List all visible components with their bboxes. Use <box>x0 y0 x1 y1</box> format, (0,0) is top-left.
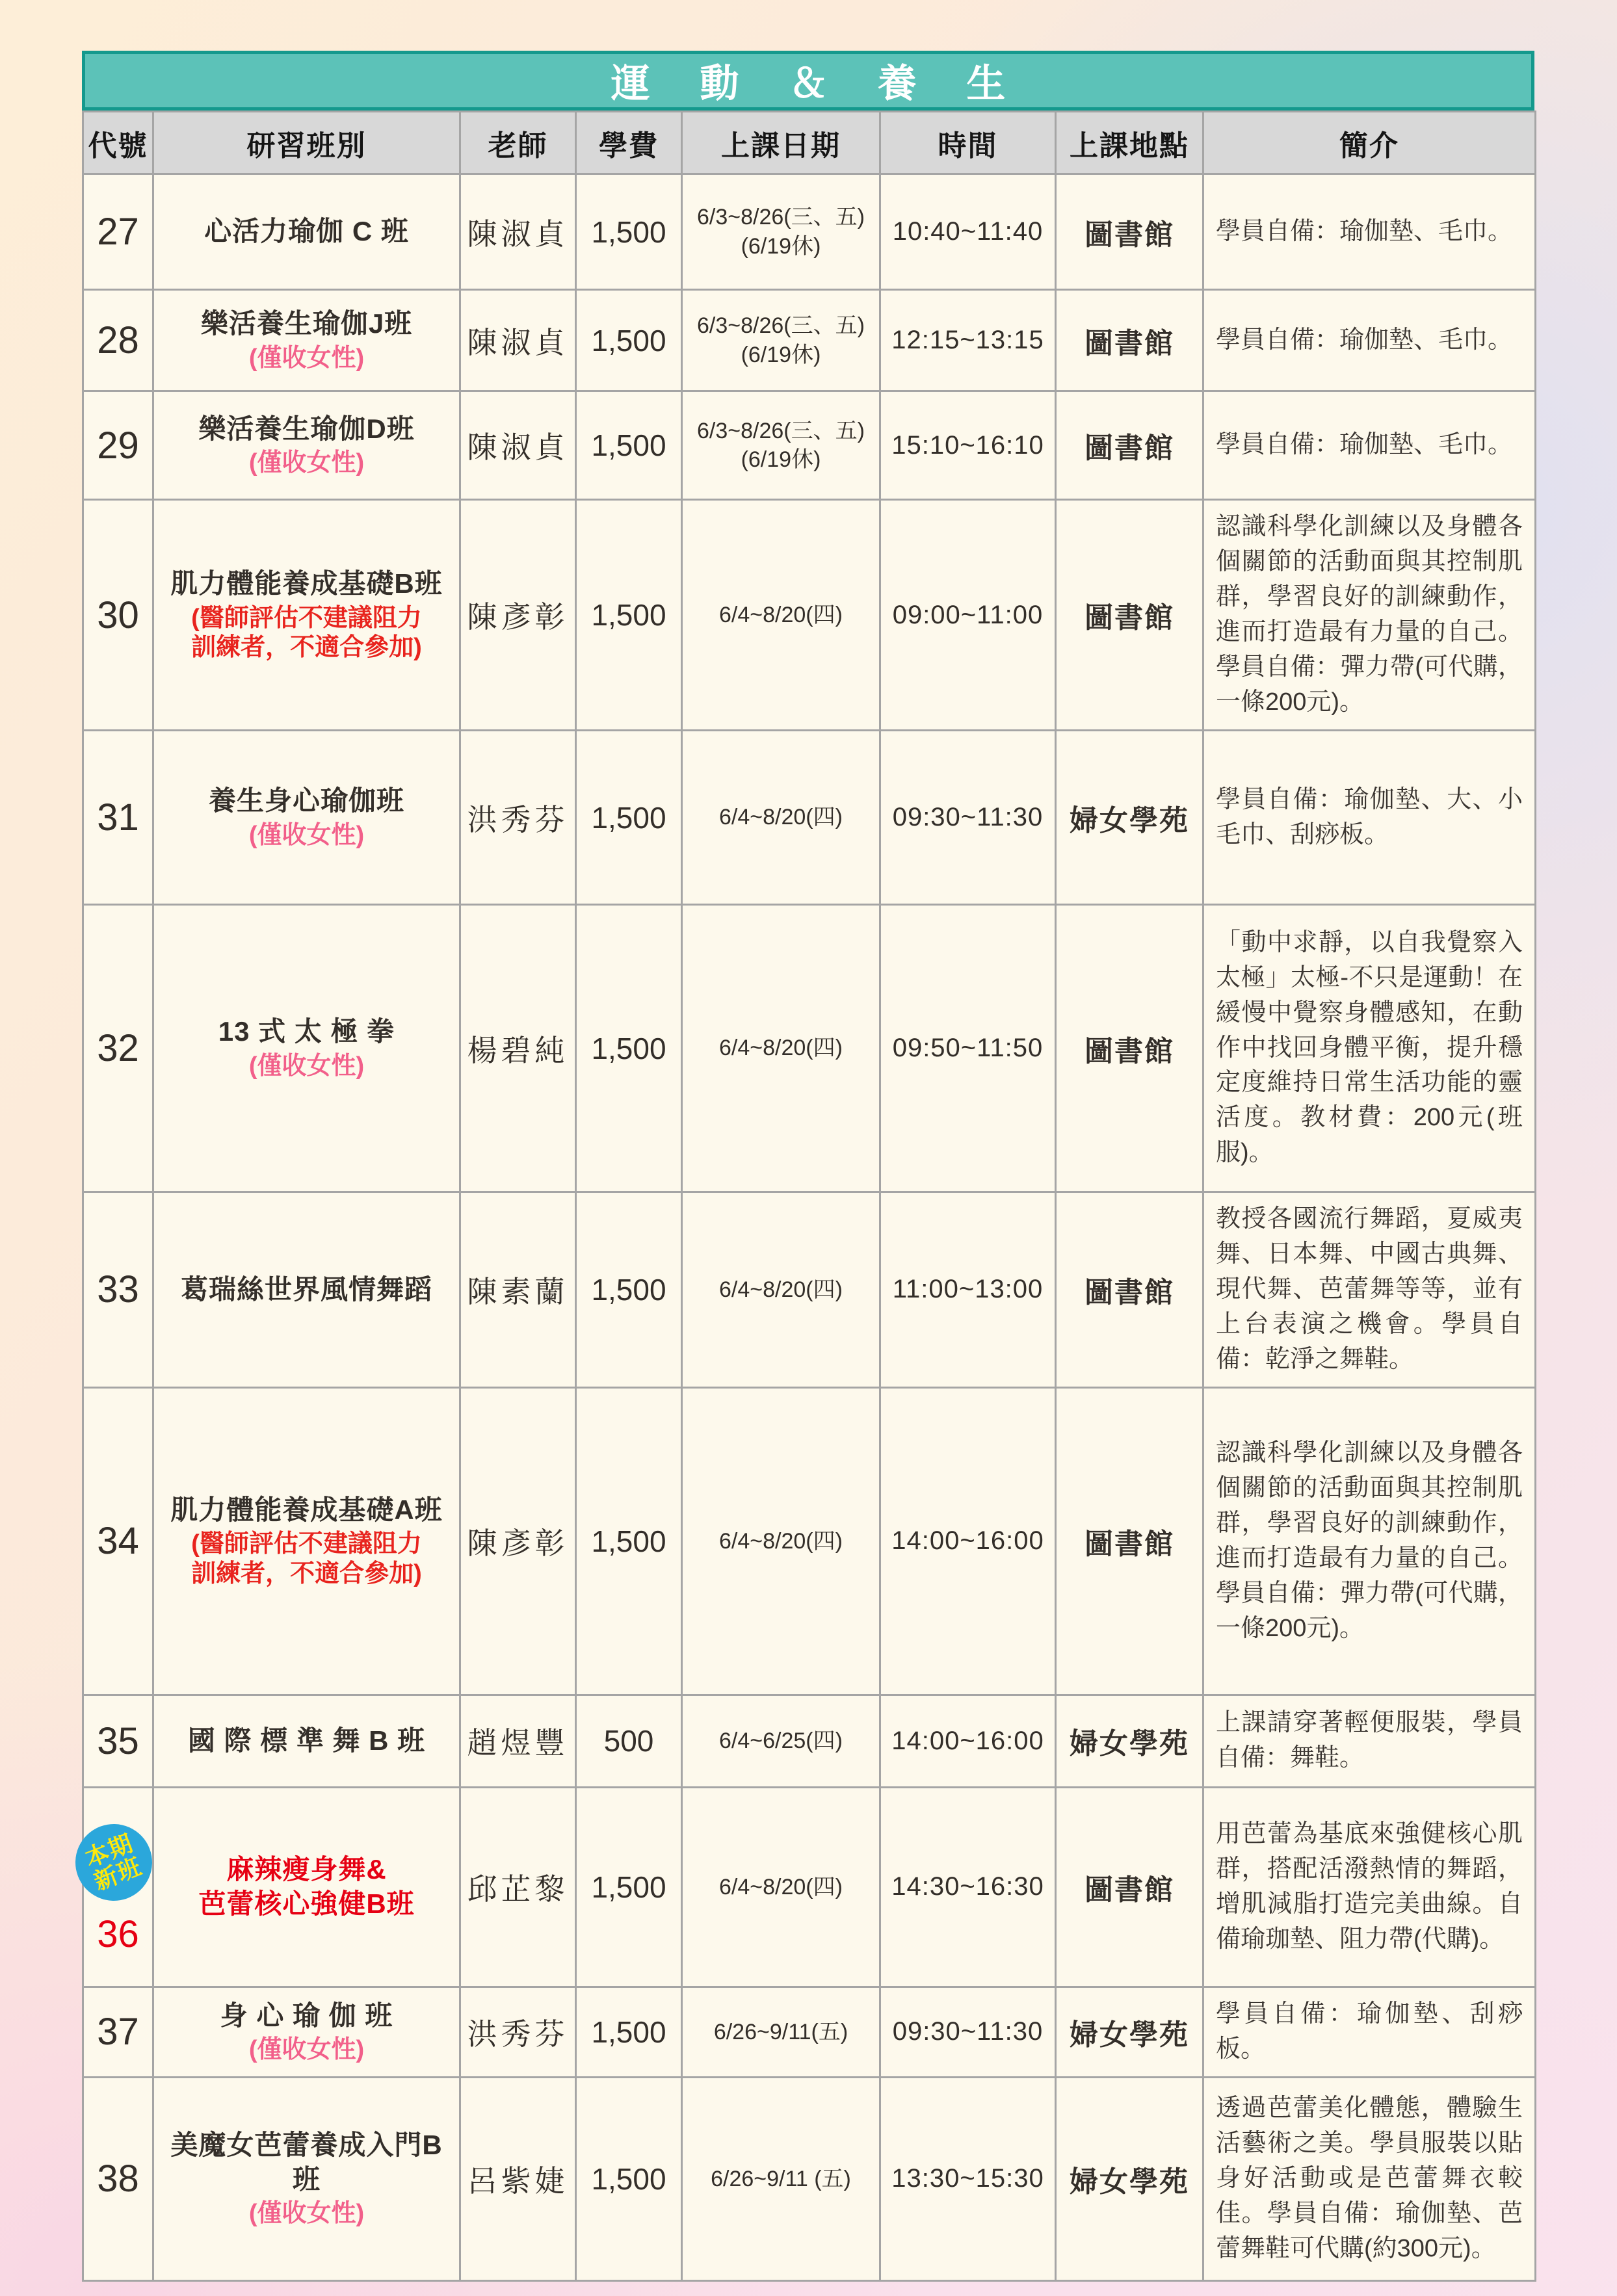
course-name-cell: 樂活養生瑜伽D班 (僅收女性) <box>153 391 460 500</box>
course-time: 14:00~16:00 <box>880 1695 1056 1787</box>
course-code: 38 <box>83 2077 153 2280</box>
course-name: 養生身心瑜伽班 <box>158 784 455 818</box>
course-time: 09:30~11:30 <box>880 731 1056 905</box>
course-intro: 認識科學化訓練以及身體各個關節的活動面與其控制肌群，學習良好的訓練動作，進而打造… <box>1203 1387 1536 1695</box>
header-location: 上課地點 <box>1056 112 1203 174</box>
course-name: 13 式 太 極 拳 <box>158 1015 455 1049</box>
course-fee: 1,500 <box>576 2077 682 2280</box>
course-fee: 1,500 <box>576 174 682 290</box>
course-location: 婦女學苑 <box>1056 731 1203 905</box>
course-name-cell: 肌力體能養成基礎B班 (醫師評估不建議阻力 訓練者，不適合參加) <box>153 500 460 731</box>
table-row: 30 肌力體能養成基礎B班 (醫師評估不建議阻力 訓練者，不適合參加) 陳彥彰 … <box>83 500 1536 731</box>
course-fee: 1,500 <box>576 1787 682 1987</box>
course-date: 6/26~9/11 (五) <box>682 2077 880 2280</box>
course-code: 27 <box>83 174 153 290</box>
course-warning: (醫師評估不建議阻力 訓練者，不適合參加) <box>158 1530 455 1589</box>
course-location: 圖書館 <box>1056 290 1203 391</box>
course-date: 6/26~9/11(五) <box>682 1987 880 2077</box>
course-intro: 認識科學化訓練以及身體各個關節的活動面與其控制肌群，學習良好的訓練動作，進而打造… <box>1203 500 1536 731</box>
course-location: 圖書館 <box>1056 1387 1203 1695</box>
course-date: 6/4~8/20(四) <box>682 905 880 1192</box>
header-fee: 學費 <box>576 112 682 174</box>
table-row: 本期 新班 36 麻辣瘦身舞& 芭蕾核心強健B班 邱芷黎 1,500 6/4~8… <box>83 1787 1536 1987</box>
course-name: 肌力體能養成基礎B班 <box>158 567 455 601</box>
course-date: 6/3~8/26(三、五) (6/19休) <box>682 174 880 290</box>
course-name-cell: 國 際 標 準 舞 B 班 <box>153 1695 460 1787</box>
table-row: 29 樂活養生瑜伽D班 (僅收女性) 陳淑貞 1,500 6/3~8/26(三、… <box>83 391 1536 500</box>
course-code: 28 <box>83 290 153 391</box>
section-title-band: 運 動 ＆ 養 生 <box>82 51 1534 111</box>
course-intro: 透過芭蕾美化體態，體驗生活藝術之美。學員服裝以貼身好活動或是芭蕾舞衣較佳。學員自… <box>1203 2077 1536 2280</box>
course-name-cell: 樂活養生瑜伽J班 (僅收女性) <box>153 290 460 391</box>
course-intro: 上課請穿著輕便服裝，學員自備：舞鞋。 <box>1203 1695 1536 1787</box>
course-location: 圖書館 <box>1056 905 1203 1192</box>
course-fee: 1,500 <box>576 391 682 500</box>
table-row: 38 美魔女芭蕾養成入門B班 (僅收女性) 呂紫婕 1,500 6/26~9/1… <box>83 2077 1536 2280</box>
course-name: 美魔女芭蕾養成入門B班 <box>158 2128 455 2197</box>
course-fee: 1,500 <box>576 731 682 905</box>
course-code: 29 <box>83 391 153 500</box>
course-time: 12:15~13:15 <box>880 290 1056 391</box>
course-note: (僅收女性) <box>158 2199 455 2229</box>
header-name: 研習班別 <box>153 112 460 174</box>
course-code: 37 <box>83 1987 153 2077</box>
table-row: 27 心活力瑜伽 C 班 陳淑貞 1,500 6/3~8/26(三、五) (6/… <box>83 174 1536 290</box>
course-name-cell: 身 心 瑜 伽 班 (僅收女性) <box>153 1987 460 2077</box>
course-table-sheet: 運 動 ＆ 養 生 代號 研習班別 老師 學費 上課日期 時間 上課地點 簡介 <box>82 51 1534 2282</box>
course-fee: 1,500 <box>576 1387 682 1695</box>
course-teacher: 陳淑貞 <box>460 290 576 391</box>
header-intro: 簡介 <box>1203 112 1536 174</box>
course-date: 6/4~8/20(四) <box>682 500 880 731</box>
course-name: 樂活養生瑜伽J班 <box>158 307 455 341</box>
course-intro: 教授各國流行舞蹈，夏威夷舞、日本舞、中國古典舞、現代舞、芭蕾舞等等，並有上台表演… <box>1203 1192 1536 1388</box>
course-time: 11:00~13:00 <box>880 1192 1056 1388</box>
table-row: 28 樂活養生瑜伽J班 (僅收女性) 陳淑貞 1,500 6/3~8/26(三、… <box>83 290 1536 391</box>
course-code: 36 <box>97 1912 139 1956</box>
course-code: 30 <box>83 500 153 731</box>
course-date: 6/3~8/26(三、五) (6/19休) <box>682 391 880 500</box>
course-intro: 學員自備：瑜伽墊、刮痧板。 <box>1203 1987 1536 2077</box>
course-code: 34 <box>83 1387 153 1695</box>
course-note: (僅收女性) <box>158 344 455 374</box>
course-intro: 「動中求靜，以自我覺察入太極」太極-不只是運動！在緩慢中覺察身體感知，在動作中找… <box>1203 905 1536 1192</box>
course-teacher: 趙煜豐 <box>460 1695 576 1787</box>
course-time: 10:40~11:40 <box>880 174 1056 290</box>
course-location: 圖書館 <box>1056 174 1203 290</box>
course-name-cell: 肌力體能養成基礎A班 (醫師評估不建議阻力 訓練者，不適合參加) <box>153 1387 460 1695</box>
course-location: 婦女學苑 <box>1056 2077 1203 2280</box>
course-name-cell: 心活力瑜伽 C 班 <box>153 174 460 290</box>
course-teacher: 洪秀芬 <box>460 1987 576 2077</box>
header-code: 代號 <box>83 112 153 174</box>
course-intro: 用芭蕾為基底來強健核心肌群，搭配活潑熱情的舞蹈，增肌減脂打造完美曲線。自備瑜珈墊… <box>1203 1787 1536 1987</box>
course-intro: 學員自備：瑜伽墊、毛巾。 <box>1203 290 1536 391</box>
course-name: 葛瑞絲世界風情舞蹈 <box>158 1273 455 1307</box>
course-code-cell: 本期 新班 36 <box>83 1787 153 1987</box>
course-name: 肌力體能養成基礎A班 <box>158 1493 455 1528</box>
course-warning: (醫師評估不建議阻力 訓練者，不適合參加) <box>158 604 455 663</box>
course-code: 33 <box>83 1192 153 1388</box>
course-name: 樂活養生瑜伽D班 <box>158 412 455 447</box>
course-time: 15:10~16:10 <box>880 391 1056 500</box>
course-name: 心活力瑜伽 C 班 <box>158 215 455 249</box>
new-class-badge: 本期 新班 <box>64 1813 163 1912</box>
header-row: 代號 研習班別 老師 學費 上課日期 時間 上課地點 簡介 <box>83 112 1536 174</box>
course-time: 14:30~16:30 <box>880 1787 1056 1987</box>
course-time: 09:50~11:50 <box>880 905 1056 1192</box>
table-row: 31 養生身心瑜伽班 (僅收女性) 洪秀芬 1,500 6/4~8/20(四) … <box>83 731 1536 905</box>
course-time: 09:30~11:30 <box>880 1987 1056 2077</box>
page: 運 動 ＆ 養 生 代號 研習班別 老師 學費 上課日期 時間 上課地點 簡介 <box>0 0 1617 2296</box>
course-fee: 500 <box>576 1695 682 1787</box>
course-location: 圖書館 <box>1056 500 1203 731</box>
course-teacher: 陳素蘭 <box>460 1192 576 1388</box>
course-name: 麻辣瘦身舞& 芭蕾核心強健B班 <box>158 1853 455 1921</box>
course-teacher: 邱芷黎 <box>460 1787 576 1987</box>
course-location: 婦女學苑 <box>1056 1987 1203 2077</box>
course-location: 圖書館 <box>1056 391 1203 500</box>
course-note: (僅收女性) <box>158 449 455 478</box>
course-teacher: 楊碧純 <box>460 905 576 1192</box>
course-table: 代號 研習班別 老師 學費 上課日期 時間 上課地點 簡介 27 心活力瑜伽 C… <box>82 111 1536 2282</box>
course-fee: 1,500 <box>576 290 682 391</box>
course-time: 09:00~11:00 <box>880 500 1056 731</box>
course-date: 6/4~8/20(四) <box>682 1387 880 1695</box>
course-intro: 學員自備：瑜伽墊、毛巾。 <box>1203 391 1536 500</box>
course-teacher: 呂紫婕 <box>460 2077 576 2280</box>
section-title: 運 動 ＆ 養 生 <box>592 53 1025 109</box>
course-date: 6/4~8/20(四) <box>682 1787 880 1987</box>
course-teacher: 陳彥彰 <box>460 500 576 731</box>
course-fee: 1,500 <box>576 905 682 1192</box>
course-name-cell: 美魔女芭蕾養成入門B班 (僅收女性) <box>153 2077 460 2280</box>
course-name-cell: 13 式 太 極 拳 (僅收女性) <box>153 905 460 1192</box>
header-teacher: 老師 <box>460 112 576 174</box>
course-name-cell: 養生身心瑜伽班 (僅收女性) <box>153 731 460 905</box>
course-location: 婦女學苑 <box>1056 1695 1203 1787</box>
table-row: 33 葛瑞絲世界風情舞蹈 陳素蘭 1,500 6/4~8/20(四) 11:00… <box>83 1192 1536 1388</box>
course-location: 圖書館 <box>1056 1192 1203 1388</box>
course-teacher: 陳淑貞 <box>460 391 576 500</box>
course-note: (僅收女性) <box>158 821 455 851</box>
course-name-cell: 麻辣瘦身舞& 芭蕾核心強健B班 <box>153 1787 460 1987</box>
course-teacher: 陳彥彰 <box>460 1387 576 1695</box>
table-row: 34 肌力體能養成基礎A班 (醫師評估不建議阻力 訓練者，不適合參加) 陳彥彰 … <box>83 1387 1536 1695</box>
course-location: 圖書館 <box>1056 1787 1203 1987</box>
course-teacher: 洪秀芬 <box>460 731 576 905</box>
course-teacher: 陳淑貞 <box>460 174 576 290</box>
course-intro: 學員自備：瑜伽墊、毛巾。 <box>1203 174 1536 290</box>
table-row: 37 身 心 瑜 伽 班 (僅收女性) 洪秀芬 1,500 6/26~9/11(… <box>83 1987 1536 2077</box>
course-date: 6/4~8/20(四) <box>682 1192 880 1388</box>
course-fee: 1,500 <box>576 1192 682 1388</box>
course-note: (僅收女性) <box>158 2035 455 2065</box>
course-note: (僅收女性) <box>158 1052 455 1082</box>
course-code: 32 <box>83 905 153 1192</box>
course-fee: 1,500 <box>576 500 682 731</box>
course-fee: 1,500 <box>576 1987 682 2077</box>
course-name: 國 際 標 準 舞 B 班 <box>158 1724 455 1758</box>
header-date: 上課日期 <box>682 112 880 174</box>
course-date: 6/4~8/20(四) <box>682 731 880 905</box>
course-code: 31 <box>83 731 153 905</box>
course-code: 35 <box>83 1695 153 1787</box>
header-time: 時間 <box>880 112 1056 174</box>
course-time: 13:30~15:30 <box>880 2077 1056 2280</box>
table-row: 35 國 際 標 準 舞 B 班 趙煜豐 500 6/4~6/25(四) 14:… <box>83 1695 1536 1787</box>
table-row: 32 13 式 太 極 拳 (僅收女性) 楊碧純 1,500 6/4~8/20(… <box>83 905 1536 1192</box>
course-intro: 學員自備：瑜伽墊、大、小毛巾、刮痧板。 <box>1203 731 1536 905</box>
course-name: 身 心 瑜 伽 班 <box>158 1999 455 2033</box>
course-name-cell: 葛瑞絲世界風情舞蹈 <box>153 1192 460 1388</box>
course-time: 14:00~16:00 <box>880 1387 1056 1695</box>
course-date: 6/4~6/25(四) <box>682 1695 880 1787</box>
course-date: 6/3~8/26(三、五) (6/19休) <box>682 290 880 391</box>
